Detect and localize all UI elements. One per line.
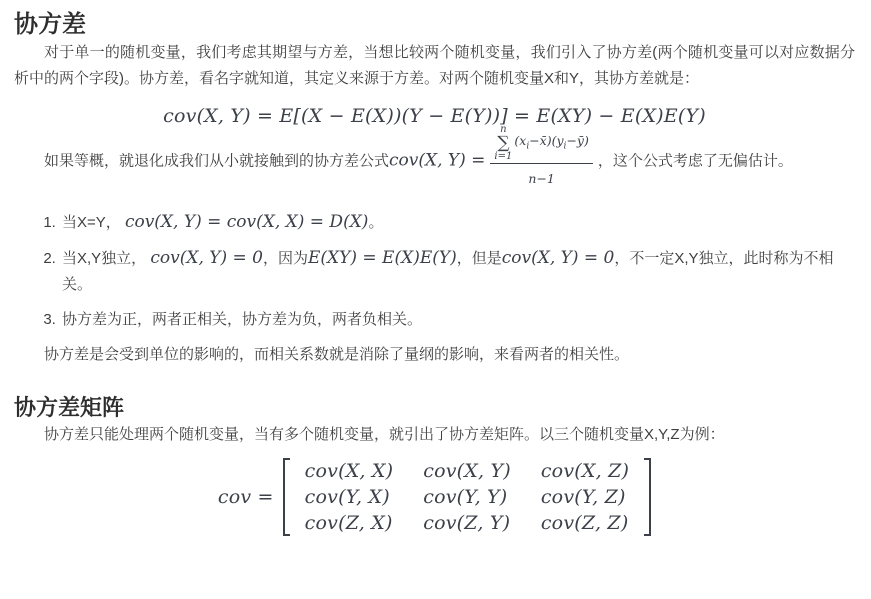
paragraph-sample-formula: 如果等概，就退化成我们从小就接触到的协方差公式cov(X, Y) =n∑i=1(… <box>14 128 855 195</box>
item2-text-3: ，但是 <box>457 250 502 267</box>
formula-text: cov(X, Y) = E[(X − E(X))(Y − E(Y))] = E(… <box>163 105 706 127</box>
matrix-row: cov(Z, X) cov(Z, Y) cov(Z, Z) <box>290 510 644 536</box>
heading-covariance-matrix: 协方差矩阵 <box>14 394 855 422</box>
document: 协方差 对于单一的随机变量，我们考虑其期望与方差，当想比较两个随机变量，我们引入… <box>0 0 871 536</box>
right-bracket-icon <box>644 458 651 536</box>
matrix-row: cov(Y, X) cov(Y, Y) cov(Y, Z) <box>290 484 644 510</box>
paragraph-matrix-intro: 协方差只能处理两个随机变量，当有多个随机变量，就引出了协方差矩阵。以三个随机变量… <box>14 422 855 448</box>
fraction: n∑i=1(xi−x̄)(yi−ȳ)n−1 <box>490 125 592 192</box>
numerator-expression: (xi−x̄)(yi−ȳ) <box>514 133 588 148</box>
item2-math-1: cov(X, Y) = 0 <box>150 248 263 268</box>
matrix-cell: cov(Z, X) <box>290 510 409 536</box>
matrix-cell: cov(Z, Y) <box>408 510 526 536</box>
summation-symbol: n∑i=1 <box>494 125 512 162</box>
text-after-formula: ，这个公式考虑了无偏估计。 <box>598 152 793 169</box>
covariance-definition-formula: cov(X, Y) = E[(X − E(X))(Y − E(Y))] = E(… <box>14 105 855 128</box>
paragraph-intro: 对于单一的随机变量，我们考虑其期望与方差，当想比较两个随机变量，我们引入了协方差… <box>14 40 855 92</box>
matrix-cell: cov(Y, Z) <box>526 484 644 510</box>
list-item-3: 协方差为正，两者正相关，协方差为负，两者负相关。 <box>60 307 855 333</box>
heading-covariance: 协方差 <box>14 10 855 40</box>
matrix-cell: cov(X, X) <box>290 458 409 484</box>
matrix-cell: cov(Z, Z) <box>526 510 644 536</box>
covariance-properties-list: 当X=Y， cov(X, Y) = cov(X, X) = D(X)。 当X,Y… <box>14 209 855 333</box>
item2-text-1: 当X,Y独立， <box>62 250 150 267</box>
item1-text: 当X=Y， <box>62 214 125 231</box>
num-part: −ȳ) <box>566 133 588 148</box>
item2-math-2: E(XY) = E(X)E(Y) <box>308 248 457 268</box>
fraction-numerator: n∑i=1(xi−x̄)(yi−ȳ) <box>490 125 592 164</box>
num-part: −x̄)(y <box>529 133 563 148</box>
fraction-denominator: n−1 <box>490 164 592 192</box>
matrix-cell: cov(X, Z) <box>526 458 644 484</box>
matrix-cell: cov(Y, X) <box>290 484 409 510</box>
item1-math: cov(X, Y) = cov(X, X) = D(X) <box>125 212 369 232</box>
left-bracket-icon <box>283 458 290 536</box>
covariance-matrix-formula: cov = cov(X, X) cov(X, Y) cov(X, Z) cov(… <box>14 458 855 536</box>
inline-cov-lhs: cov(X, Y) = <box>389 150 485 170</box>
item2-text-2: ，因为 <box>263 250 308 267</box>
sigma-icon: ∑ <box>497 135 509 152</box>
covariance-matrix: cov(X, X) cov(X, Y) cov(X, Z) cov(Y, X) … <box>290 458 644 536</box>
matrix-cell: cov(Y, Y) <box>408 484 526 510</box>
list-item-2: 当X,Y独立， cov(X, Y) = 0，因为E(XY) = E(X)E(Y)… <box>60 245 855 298</box>
matrix-cell: cov(X, Y) <box>408 458 526 484</box>
list-item-1: 当X=Y， cov(X, Y) = cov(X, X) = D(X)。 <box>60 209 855 236</box>
item3-text: 协方差为正，两者正相关，协方差为负，两者负相关。 <box>62 311 422 328</box>
matrix-lhs: cov = <box>218 486 274 508</box>
paragraph-units-note: 协方差是会受到单位的影响的，而相关系数就是消除了量纲的影响，来看两者的相关性。 <box>14 342 855 368</box>
sum-lower-limit: i=1 <box>494 152 512 162</box>
num-part: (x <box>514 133 526 148</box>
item1-period: 。 <box>368 214 383 231</box>
matrix-row: cov(X, X) cov(X, Y) cov(X, Z) <box>290 458 644 484</box>
item2-math-3: cov(X, Y) = 0 <box>502 248 615 268</box>
text-before-formula: 如果等概，就退化成我们从小就接触到的协方差公式 <box>44 152 389 169</box>
